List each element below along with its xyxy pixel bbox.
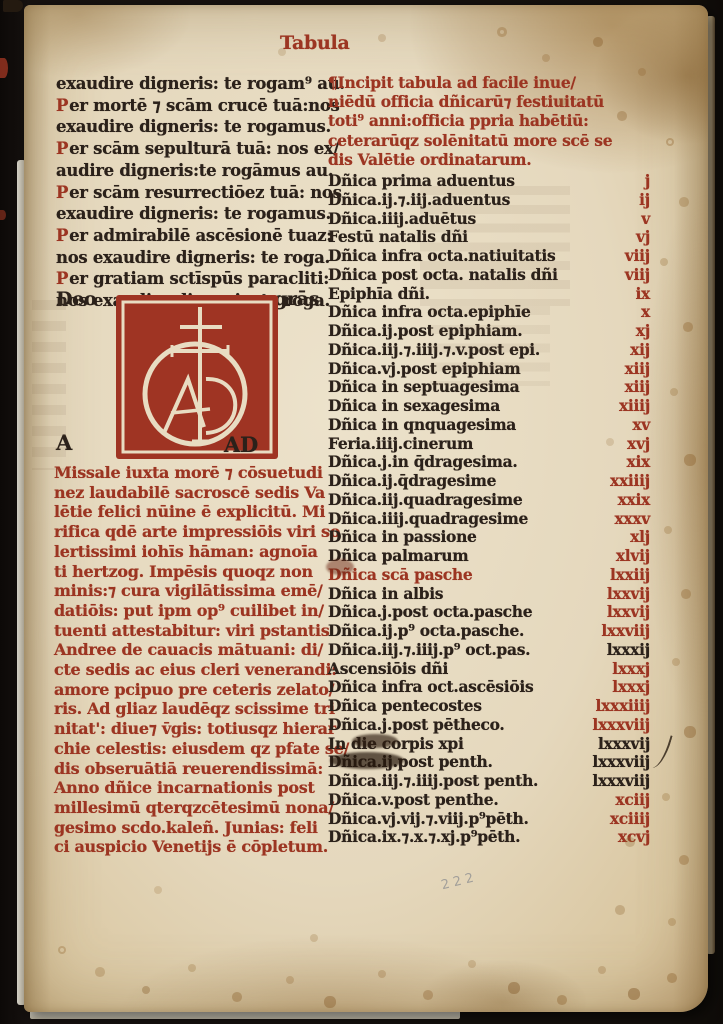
rubric-initial: P [56,96,69,115]
entry-label: Dñica in sexagesima [328,397,500,416]
litany-line: exaudire digneris: te rogam⁹ au. [56,73,332,95]
entry-folio-number: xj [636,322,654,341]
litany-text: exaudire digneris: te rogam⁹ au. [56,74,345,93]
entry-folio-number: lxxvij [607,585,654,604]
litany-line: Per mortē ⁊ scām crucē tuā:nos [56,95,332,117]
entry-label: Dñica.j.in q̄dragesima. [328,453,517,472]
entry-folio-number: lxxviij [601,622,654,641]
incipit-line: niēdū officia dñicarū⁊ festiuitatū [328,92,654,111]
incipit-heading: ¶Incipit tabula ad facile inue/niēdū off… [328,73,654,169]
entry-label: Dñica.vj.post epiphiam [328,360,520,379]
entry-label: Dñica.iiij.quadragesime [328,510,528,529]
tabula-row: Dñica.vj.vij.⁊.viij.p⁹pēth.xciiij [328,810,654,829]
colophon-line: ci auspicio Venetijs ē cōpletum. [54,837,336,857]
entry-label: Dñica.vj.vij.⁊.viij.p⁹pēth. [328,810,529,829]
litany-text: er mortē ⁊ scām crucē tuā:nos [69,96,339,115]
entry-label: Dñica infra octa.natiuitatis [328,247,555,266]
colophon-line: Anno dñice incarnationis post [54,778,336,798]
litany-line: exaudire digneris: te rogamus. [56,203,332,225]
colophon-line: cte sedis ac eius cleri venerandi: [54,660,336,680]
colophon-line: lētie felici nūine ē explicitū. Mi [54,502,336,522]
rubric-initial: P [56,183,69,202]
entry-label: Dñica.iij.⁊.iiij.post penth. [328,772,538,791]
litany-line: Per scām sepulturā tuā: nos ex/ [56,138,332,160]
tabula-row: Dñica.ij.p⁹ octa.pasche.lxxviij [328,622,654,641]
tabula-entries: Dñica prima aduentusjDñica.ij.⁊.iij.adue… [328,172,654,847]
rubric-initial: P [56,139,69,158]
colophon-line: Missale iuxta morē ⁊ cōsuetudi [54,463,336,483]
entry-folio-number: xlj [630,528,654,547]
entry-label: In die corpis xpi [328,735,464,754]
litany-text: nos exaudire digneris: te roga. [56,248,330,267]
colophon-line: datiōis: put ipm op⁹ cuilibet in/ [54,601,336,621]
tabula-row: Dñica prima aduentusj [328,172,654,191]
litany-text: er scām sepulturā tuā: nos ex/ [69,139,339,158]
tabula-row: Dñica.iiij.quadragesimexxxv [328,510,654,529]
tabula-row: Dñica.iij.⁊.iiij.post penth.lxxxviij [328,772,654,791]
litany-line: audire digneris:te rogāmus au. [56,160,332,182]
rubric-initial: P [56,226,69,245]
photo-background: Tabula exaudire digneris: te rogam⁹ au.P… [0,0,723,1024]
entry-label: Dñica infra oct.ascēsiōis [328,678,533,697]
tabula-row: Ascensiōis dñilxxxj [328,660,654,679]
book-page: Tabula exaudire digneris: te rogam⁹ au.P… [24,5,708,1012]
entry-label: Dñica.iij.⁊.iiij.⁊.v.post epi. [328,341,540,360]
tabula-row: Dñica.ij.post penth.lxxxviij [328,753,654,772]
red-edge-mark [0,58,8,78]
tabula-row: In die corpis xpilxxxvij [328,735,654,754]
entry-label: Dñica.ij.post penth. [328,753,493,772]
tabula-row: Dñica scā paschelxxiij [328,566,654,585]
entry-label: Dñica.iij.⁊.iiij.p⁹ oct.pas. [328,641,530,660]
tabula-row: Dñica.iij.⁊.iiij.p⁹ oct.pas.lxxxij [328,641,654,660]
entry-folio-number: xij [630,341,654,360]
litany-text: audire digneris:te rogāmus au. [56,161,333,180]
colophon-line: tuenti attestabitur: viri pstantis [54,621,336,641]
entry-label: Dñica pentecostes [328,697,482,716]
colophon-line: ris. Ad gliaz laudēqz scissime tri [54,699,336,719]
entry-label: Dñica post octa. natalis dñi [328,266,558,285]
entry-label: Dñica.ij.⁊.iij.aduentus [328,191,510,210]
entry-folio-number: xiiij [619,397,654,416]
entry-folio-number: xcvj [618,828,654,847]
entry-label: Dñica prima aduentus [328,172,515,191]
tabula-row: Dñica.j.in q̄dragesima.xix [328,453,654,472]
entry-folio-number: xiij [625,360,654,379]
entry-folio-number: xiij [625,378,654,397]
entry-folio-number: viij [625,247,654,266]
signature-a: A [56,430,72,455]
tabula-row: Dñica pentecosteslxxxiiij [328,697,654,716]
entry-label: Festū natalis dñi [328,228,468,247]
deo-text: Deo [56,288,96,310]
entry-label: Dñica scā pasche [328,566,472,585]
page-title: Tabula [280,32,349,54]
entry-folio-number: ix [635,285,654,304]
entry-folio-number: lxxvij [607,603,654,622]
entry-label: Dñica.iij.quadragesime [328,491,522,510]
entry-folio-number: lxxxviij [592,772,654,791]
rubric-initial: P [56,269,69,288]
colophon-line: rifica qdē arte impressiōis viri so [54,522,336,542]
entry-folio-number: lxxxij [607,641,654,660]
tabula-row: Dñica.iij.⁊.iiij.⁊.v.post epi.xij [328,341,654,360]
entry-folio-number: viij [625,266,654,285]
entry-folio-number: xlvij [616,547,654,566]
colophon-line: chie celestis: eiusdem qz pfate se/ [54,739,336,759]
litany-text: exaudire digneris: te rogamus. [56,117,331,136]
colophon: Missale iuxta morē ⁊ cōsuetudinez laudab… [54,463,336,857]
tabula-row: Dñica.ij.post epiphiam.xj [328,322,654,341]
tabula-row: Dñica infra oct.ascēsiōislxxxj [328,678,654,697]
entry-folio-number: xxiiij [610,472,654,491]
entry-folio-number: xxix [618,491,654,510]
entry-folio-number: vj [636,228,654,247]
entry-folio-number: lxxxiiij [596,697,654,716]
litany-line: Per admirabilē ascēsionē tuaz: [56,225,332,247]
red-edge-mark [0,210,6,220]
tabula-row: Dñica infra octa.epiphīex [328,303,654,322]
colophon-line: nez laudabilē sacroscē sedis Va [54,483,336,503]
incipit-line: ceterarūqz solēnitatū more scē se [328,131,654,150]
tabula-row: Dñica in albislxxvij [328,585,654,604]
entry-label: Dñica.ij.p⁹ octa.pasche. [328,622,524,641]
litany-text: exaudire digneris: te rogamus. [56,204,331,223]
litany-text: er scām resurrectiōez tuā: nos [69,183,342,202]
entry-label: Dñica palmarum [328,547,468,566]
tabula-row: Dñica in sexagesimaxiiij [328,397,654,416]
entry-label: Dñica.j.post pētheco. [328,716,505,735]
tabula-row: Feria.iiij.cinerumxvj [328,435,654,454]
litany-text: er gratiam sctīspūs paracliti: [69,269,329,288]
entry-folio-number: xvj [627,435,654,454]
tabula-row: Dñica post octa. natalis dñiviij [328,266,654,285]
entry-label: Dñica in qnquagesima [328,416,516,435]
tabula-row: Dñica.ij.⁊.iij.aduentusij [328,191,654,210]
entry-label: Dñica.j.post octa.pasche [328,603,532,622]
colophon-line: ti hertzog. Impēsis quoqz non [54,562,336,582]
colophon-line: dis obseruātiā reuerendissimā: [54,759,336,779]
entry-label: Epiphīa dñi. [328,285,430,304]
tabula-row: Dñica.iij.quadragesimexxix [328,491,654,510]
entry-label: Dñica.ij.q̄dragesime [328,472,496,491]
entry-folio-number: x [641,303,654,322]
tabula-row: Dñica.j.post pētheco.lxxxviij [328,716,654,735]
colophon-line: Andree de cauacis mātuani: di/ [54,640,336,660]
entry-folio-number: xxxv [614,510,654,529]
entry-label: Dñica.v.post penthe. [328,791,498,810]
tabula-row: Dñica in qnquagesimaxv [328,416,654,435]
signature-ad: AD [224,432,258,457]
tabula-row: Dñica.j.post octa.paschelxxvij [328,603,654,622]
entry-folio-number: xv [632,416,654,435]
entry-label: Dñica in albis [328,585,443,604]
tabula-row: Festū natalis dñivj [328,228,654,247]
litany-line: Per gratiam sctīspūs paracliti: [56,268,332,290]
tabula-row: Dñica.vj.post epiphiamxiij [328,360,654,379]
colophon-line: amore pcipuo pre ceteris zelato/ [54,680,336,700]
entry-label: Dñica.ix.⁊.x.⁊.xj.p⁹pēth. [328,828,520,847]
litany-text: er admirabilē ascēsionē tuaz: [69,226,332,245]
incipit-line: toti⁹ anni:officia ppria habētiū: [328,111,654,130]
entry-folio-number: ij [639,191,654,210]
entry-folio-number: xix [627,453,654,472]
tabula-row: Epiphīa dñi.ix [328,285,654,304]
tabula-row: Dñica.ij.q̄dragesimexxiiij [328,472,654,491]
tabula-column: ¶Incipit tabula ad facile inue/niēdū off… [328,73,654,847]
tabula-row: Dñica infra octa.natiuitatisviij [328,247,654,266]
entry-folio-number: j [645,172,654,191]
entry-folio-number: xciiij [610,810,654,829]
incipit-line: dis Valētie ordinatarum. [328,150,654,169]
tabula-row: Dñica.v.post penthe.xciij [328,791,654,810]
entry-label: Dñica in passione [328,528,477,547]
tabula-row: Dñica.iiij.aduētusv [328,210,654,229]
entry-label: Dñica infra octa.epiphīe [328,303,531,322]
incipit-line: ¶Incipit tabula ad facile inue/ [328,73,654,92]
entry-folio-number: lxxxvij [598,735,654,754]
tabula-row: Dñica in septuagesimaxiij [328,378,654,397]
entry-folio-number: lxxxviij [592,753,654,772]
colophon-line: nitat': diue⁊ v̄gis: totiusqz hierar [54,719,336,739]
entry-folio-number: lxxxj [612,660,654,679]
colophon-line: minis:⁊ cura vigilātissima emē/ [54,581,336,601]
tabula-row: Dñica.ix.⁊.x.⁊.xj.p⁹pēth.xcvj [328,828,654,847]
entry-folio-number: lxxiij [610,566,654,585]
entry-label: Dñica in septuagesima [328,378,519,397]
gratias-text: grās [274,288,319,310]
litany-line: Per scām resurrectiōez tuā: nos [56,182,332,204]
entry-folio-number: lxxxviij [592,716,654,735]
colophon-line: lertissimi iohīs hāman: agnoīa [54,542,336,562]
tabula-row: Dñica palmarumxlvij [328,547,654,566]
entry-folio-number: xciij [615,791,654,810]
signature-row: A AD [56,430,332,455]
litany-line: nos exaudire digneris: te roga. [56,247,332,269]
ink-blot [3,0,23,12]
colophon-line: millesimū qterqzcētesimū nona/ [54,798,336,818]
colophon-line: gesimo scdo.kaleñ. Junias: feli [54,818,336,838]
entry-label: Dñica.iiij.aduētus [328,210,476,229]
entry-label: Dñica.ij.post epiphiam. [328,322,522,341]
entry-label: Ascensiōis dñi [328,660,448,679]
tabula-row: Dñica in passionexlj [328,528,654,547]
entry-label: Feria.iiij.cinerum [328,435,473,454]
entry-folio-number: lxxxj [612,678,654,697]
litany-line: exaudire digneris: te rogamus. [56,116,332,138]
entry-folio-number: v [641,210,654,229]
litany-column: exaudire digneris: te rogam⁹ au.Per mort… [56,73,332,312]
